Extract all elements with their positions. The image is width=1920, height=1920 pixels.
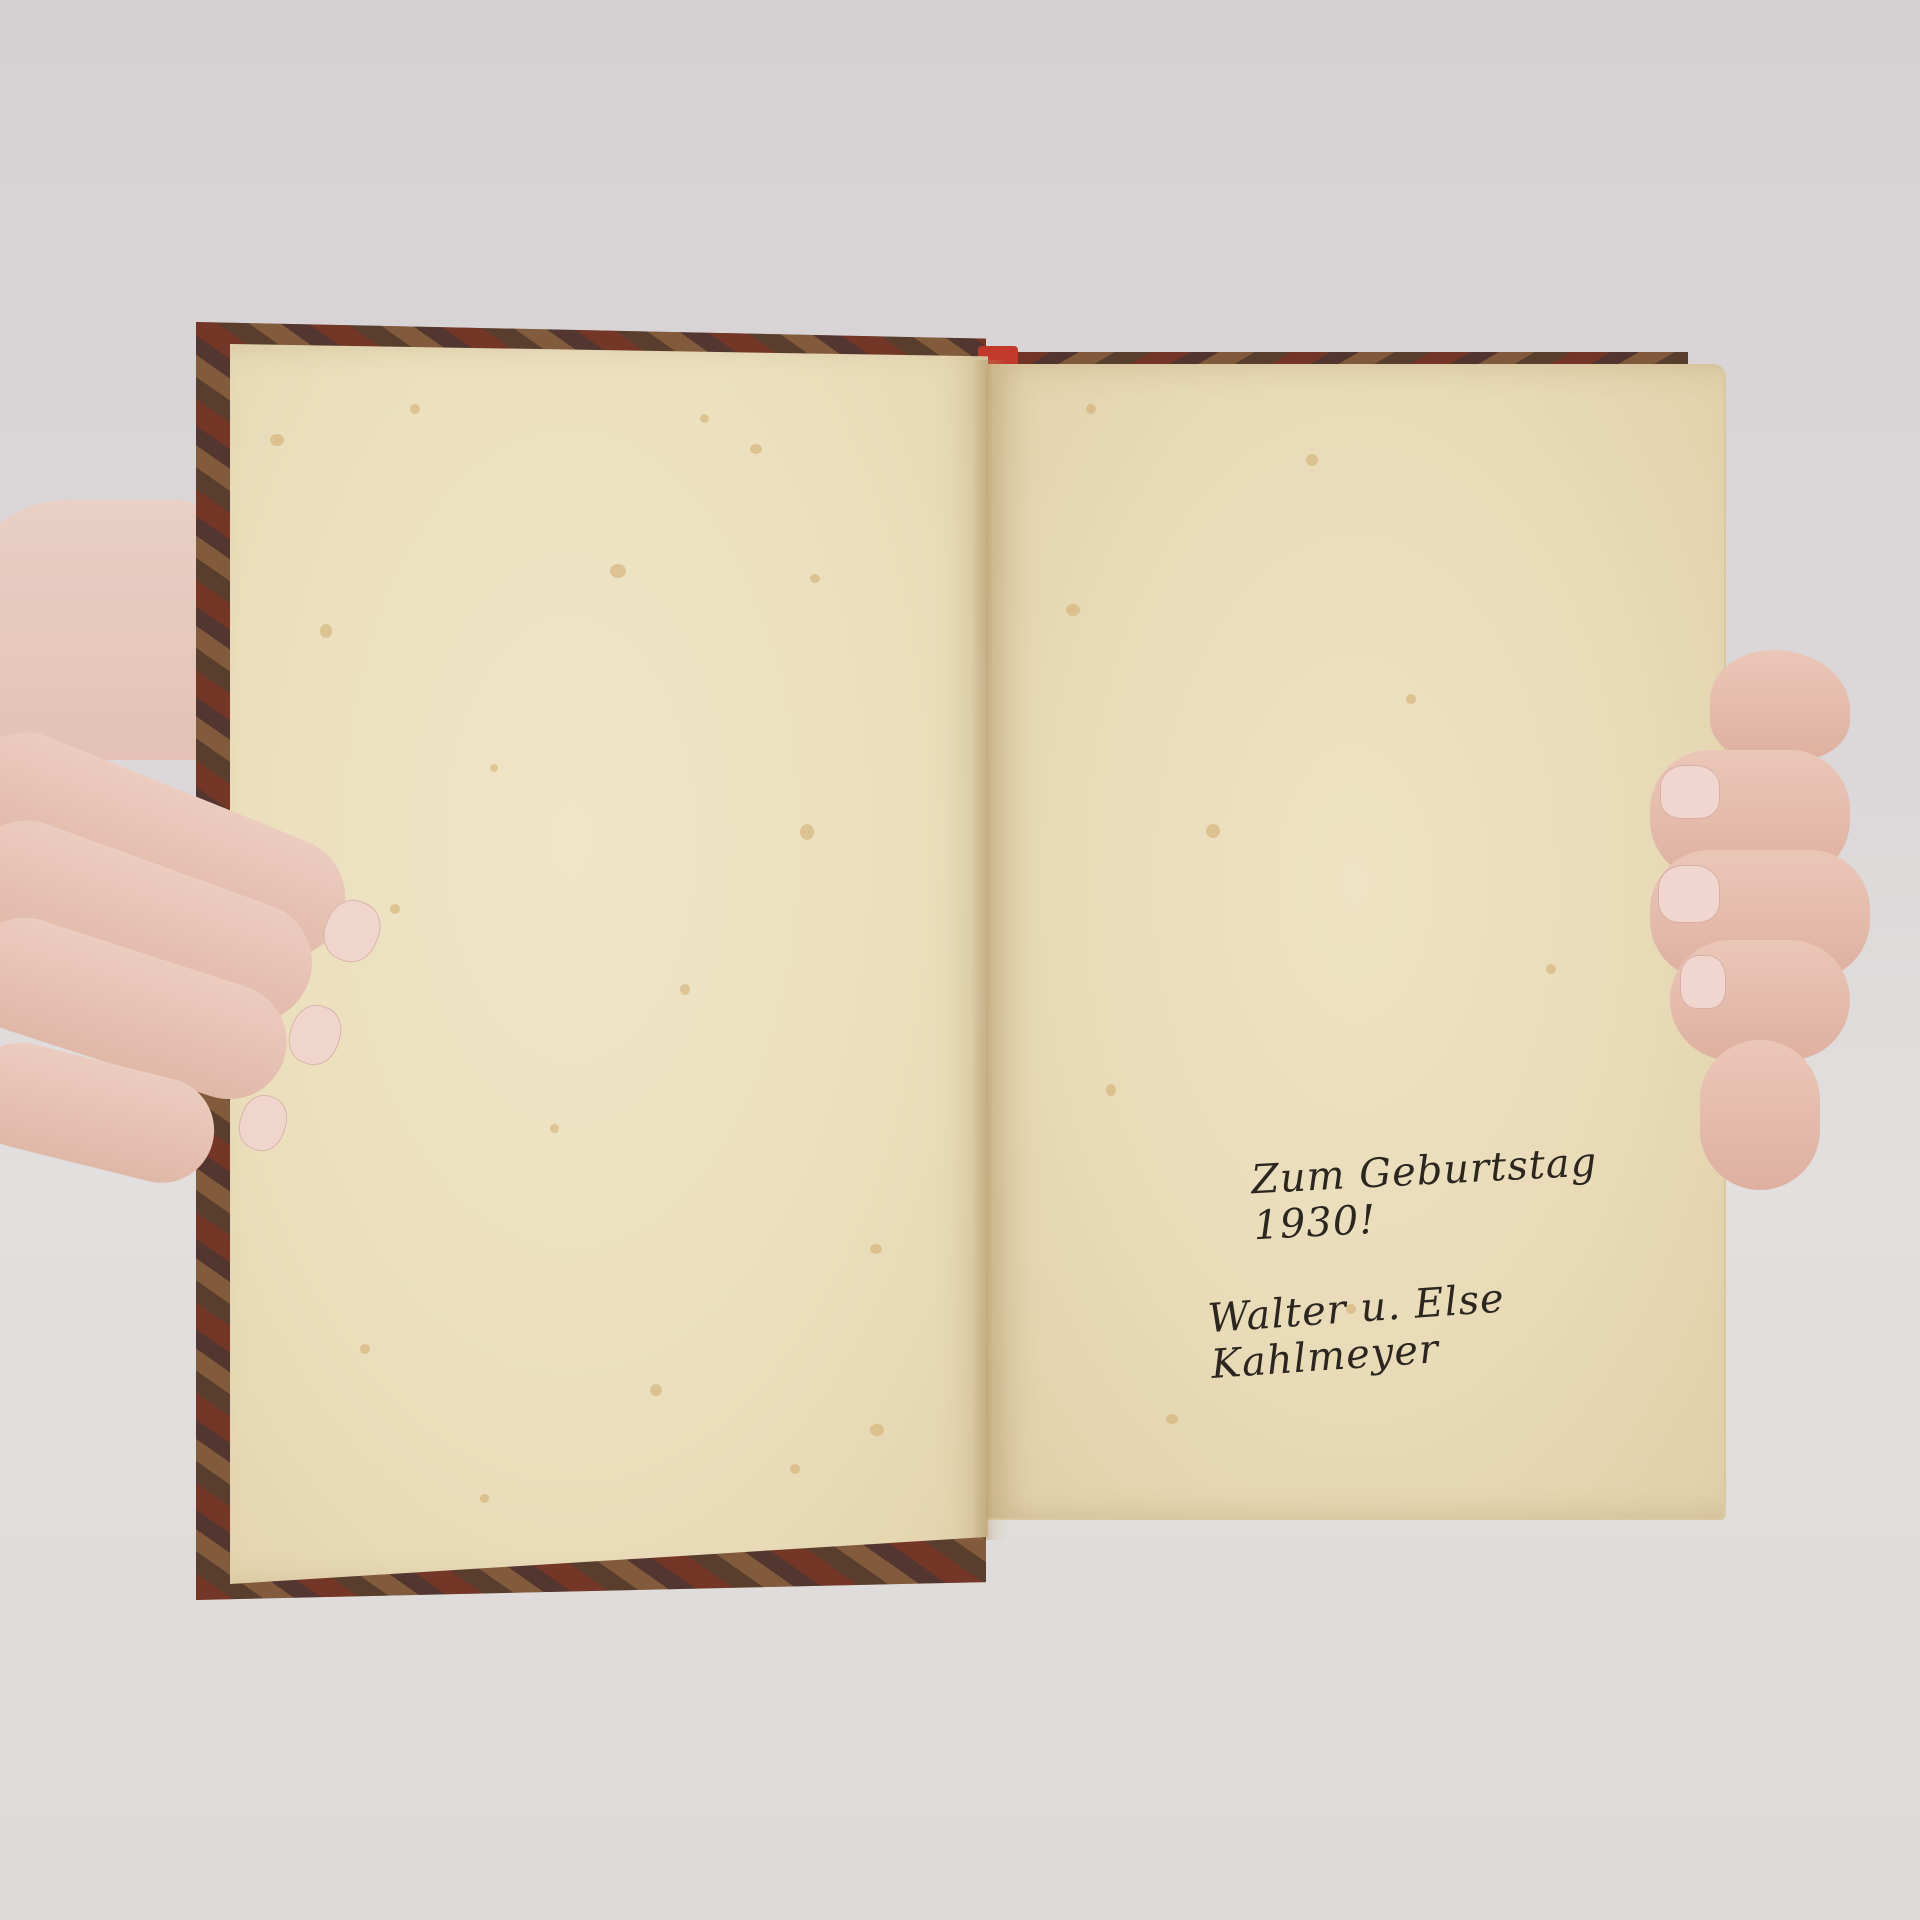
foxing-spot [700,414,709,423]
foxing-spot [750,444,762,454]
foxing-spot [1406,694,1416,704]
photo-scene: Zum Geburtstag 1930! Walter u. Else Kahl… [0,0,1920,1920]
foxing-spot [790,1464,800,1474]
foxing-spot [1206,824,1220,838]
right-fingernail [1680,955,1726,1009]
right-thumb [1710,650,1850,760]
left-hand-wrist [0,500,230,760]
book-gutter [972,360,1008,1540]
foxing-spot [390,904,400,914]
foxing-spot [320,624,332,638]
foxing-spot [800,824,814,840]
foxing-spot [1546,964,1556,974]
foxing-spot [1306,454,1318,466]
foxing-spot [550,1124,559,1133]
foxing-spot [490,764,498,772]
foxing-spot [810,574,820,583]
foxing-spot [1106,1084,1116,1096]
foxing-spot [680,984,690,995]
foxing-spot [870,1424,884,1436]
foxing-spot [650,1384,662,1396]
foxing-spot [1086,404,1096,414]
foxing-spot [480,1494,489,1503]
right-fingernail [1660,765,1720,819]
foxing-spot [1066,604,1080,616]
left-endpaper [230,344,988,1584]
foxing-spot [1166,1414,1178,1424]
handwritten-inscription: Zum Geburtstag 1930! Walter u. Else Kahl… [1200,1134,1711,1384]
foxing-spot [870,1244,882,1254]
right-fingernail [1658,865,1720,923]
right-hand [1690,650,1890,1210]
foxing-spot [360,1344,370,1354]
foxing-spot [410,404,420,414]
foxing-spot [270,434,284,446]
right-finger-little [1700,1040,1820,1190]
foxing-spot [610,564,626,578]
